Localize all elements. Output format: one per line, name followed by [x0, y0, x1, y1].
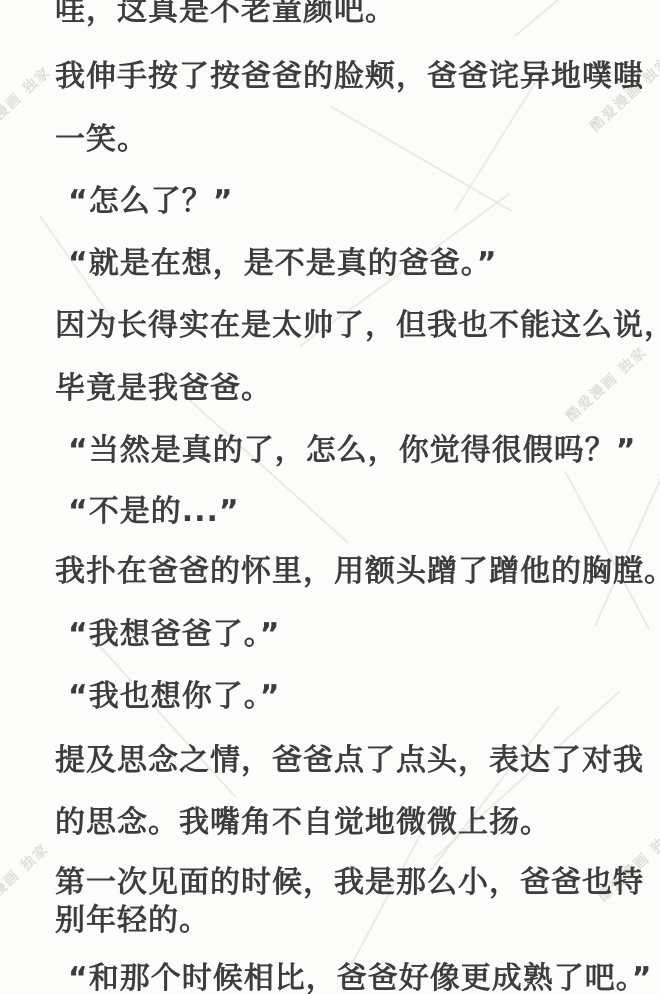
- text-line: 哇，这真是不老童颜吧。: [55, 0, 396, 30]
- crease-line: [594, 452, 660, 626]
- text-line: “当然是真的了，怎么，你觉得很假吗？”: [68, 432, 636, 470]
- text-line: “我也想你了。”: [68, 678, 280, 716]
- watermark: 酷爱漫画 独家: [0, 839, 53, 923]
- crease-line: [429, 705, 560, 872]
- text-line: 因为长得实在是太帅了，但我也不能这么说，: [55, 307, 660, 345]
- text-line: “和那个时候相比，爸爸好像更成熟了吧。”: [68, 960, 652, 994]
- text-line: 提及思念之情，爸爸点了点头，表达了对我: [55, 742, 644, 780]
- text-line: 一笑。: [55, 121, 148, 159]
- text-line: 我伸手按了按爸爸的脸颊，爸爸诧异地噗嗤: [55, 58, 644, 96]
- watermark: 酷爱漫画 独家: [561, 342, 651, 426]
- text-line: 毕竟是我爸爸。: [55, 370, 272, 408]
- crease-line: [564, 471, 650, 631]
- text-line: “不是的...”: [68, 493, 240, 531]
- watermark: 酷爱漫画 独家: [0, 62, 55, 146]
- crease-line: [330, 105, 513, 212]
- text-line: “我想爸爸了。”: [68, 616, 280, 654]
- text-line: 我扑在爸爸的怀里，用额头蹭了蹭他的胸膛。: [55, 553, 660, 591]
- text-line: “怎么了？”: [68, 183, 233, 221]
- text-line: “就是在想，是不是真的爸爸。”: [68, 245, 497, 283]
- crease-line: [514, 0, 623, 37]
- text-line: 第一次见面的时候，我是那么小，爸爸也特: [55, 864, 644, 902]
- text-line: 的思念。我嘴角不自觉地微微上扬。: [55, 804, 551, 842]
- novel-text-page: 酷爱漫画 独家 酷爱漫画 独家 酷爱漫画 独家 酷爱漫画 独家 酷爱漫画 独家 …: [0, 0, 660, 994]
- text-line: 别年轻的。: [55, 902, 210, 940]
